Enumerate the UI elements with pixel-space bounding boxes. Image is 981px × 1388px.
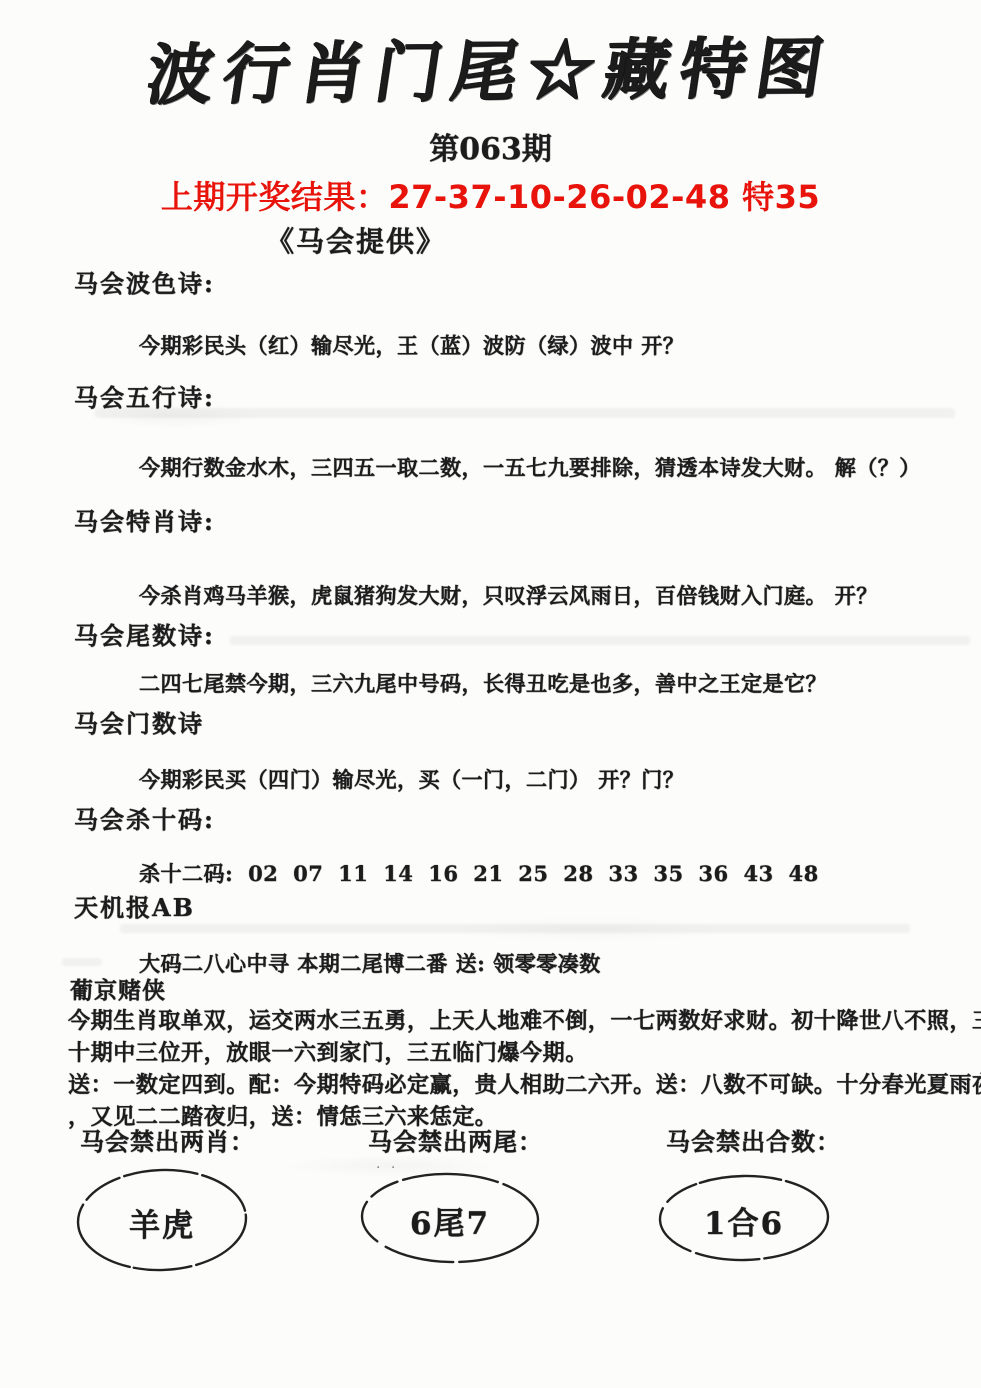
- forbid-oval-tails: 6尾7: [358, 1168, 542, 1272]
- poem-weishu: 二四七尾禁今期，三六九尾中号码，长得丑吃是也多，善中之王定是它？: [139, 668, 827, 698]
- poem-wuxing: 今期行数金水木，三四五一取二数，一五七九要排除，猜透本诗发大财。 解（？）: [139, 452, 921, 482]
- section-label-texiao: 马会特肖诗:: [74, 502, 215, 537]
- tianji-line: 大码二八心中寻 本期二尾博二番 送: 领零零凑数: [139, 948, 601, 978]
- section-label-shama: 马会杀十码:: [74, 800, 215, 835]
- page-title: 波行肖门尾☆藏特图: [0, 13, 981, 118]
- pujing-line-1: 今期生肖取单双，运交两水三五勇，上天人地难不倒，一七两数好求财。初十降世八不照，…: [68, 1004, 981, 1035]
- forbid-oval-sum: 1合6: [652, 1168, 836, 1272]
- forbid-label-zodiac: 马会禁出两肖：: [80, 1122, 255, 1157]
- forbid-oval-zodiac: 羊虎: [70, 1164, 254, 1280]
- forbid-value-sum: 1合6: [652, 1168, 836, 1272]
- section-label-menshu: 马会门数诗: [74, 704, 204, 739]
- scan-smudge: [230, 636, 970, 645]
- forbid-value-tails: 6尾7: [358, 1168, 542, 1272]
- scan-smudge: [95, 408, 955, 418]
- scan-smudge: [62, 958, 102, 966]
- section-label-weishu: 马会尾数诗:: [74, 616, 215, 651]
- poem-texiao: 今杀肖鸡马羊猴，虎鼠猪狗发大财，只叹浮云风雨日，百倍钱财入门庭。 开？: [139, 580, 878, 610]
- poem-menshu: 今期彩民买（四门）输尽光，买（一门，二门） 开？门？: [139, 764, 684, 794]
- tip-sheet-page: 波行肖门尾☆藏特图 第063期 上期开奖结果：27-37-10-26-02-48…: [0, 0, 981, 1388]
- pujing-line-3: 送：一数定四到。配：今期特码必定赢，贵人相助二六开。送：八数不可缺。十分春光夏雨…: [68, 1068, 981, 1099]
- forbid-label-sum: 马会禁出合数：: [666, 1122, 841, 1157]
- section-label-tianji: 天机报AB: [74, 888, 195, 923]
- scan-smudge: [120, 924, 910, 933]
- poem-bose: 今期彩民头（红）输尽光，王（蓝）波防（绿）波中 开？: [139, 330, 684, 360]
- forbid-value-zodiac: 羊虎: [70, 1164, 254, 1280]
- scan-speck: · ·: [376, 1160, 398, 1176]
- pujing-label: 葡京赌侠: [70, 972, 166, 1005]
- forbid-label-tails: 马会禁出两尾：: [368, 1122, 543, 1157]
- issue-number: 第063期: [0, 124, 981, 168]
- section-label-bose: 马会波色诗:: [74, 264, 215, 299]
- last-draw-result: 上期开奖结果：27-37-10-26-02-48 特35: [0, 172, 981, 218]
- provider-note: 《马会提供》: [266, 220, 446, 260]
- kill-numbers-line: 杀十二码: 02 07 11 14 16 21 25 28 33 35 36 4…: [139, 858, 819, 888]
- pujing-line-2: 十期中三位开，放眼一六到家门，三五临门爆今期。: [68, 1036, 588, 1067]
